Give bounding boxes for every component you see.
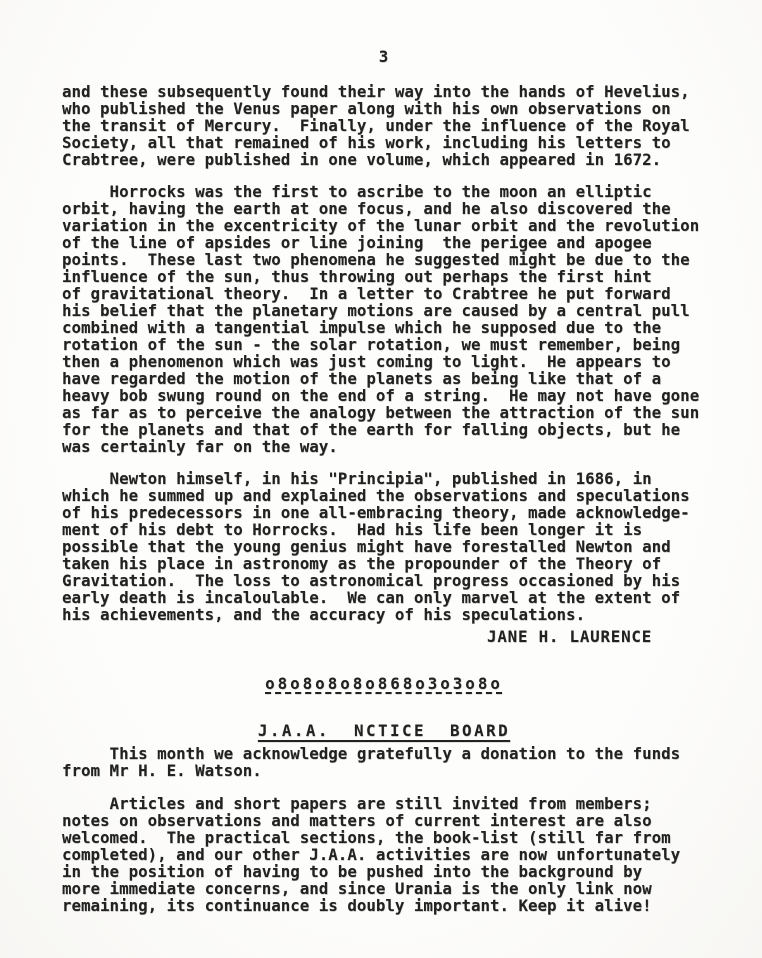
page-number: 3 (62, 48, 706, 65)
paragraph-articles-invited: Articles and short papers are still invi… (62, 795, 706, 914)
scanned-typewritten-page: 3 and these subsequently found their way… (0, 0, 762, 958)
paragraph-newton-principia: Newton himself, in his "Principia", publ… (62, 470, 706, 623)
paragraph-hevelius: and these subsequently found their way i… (62, 83, 706, 168)
paragraph-donation-acknowledgement: This month we acknowledge gratefully a d… (62, 745, 706, 779)
notice-board-heading: J.A.A. NCTICE BOARD (62, 722, 706, 739)
author-signature: JANE H. LAURENCE (62, 628, 706, 645)
typewriter-ornament-divider: o8o8o8o8o868o3o3o8o (62, 675, 706, 692)
paragraph-horrocks-elliptic-orbit: Horrocks was the first to ascribe to the… (62, 183, 706, 455)
